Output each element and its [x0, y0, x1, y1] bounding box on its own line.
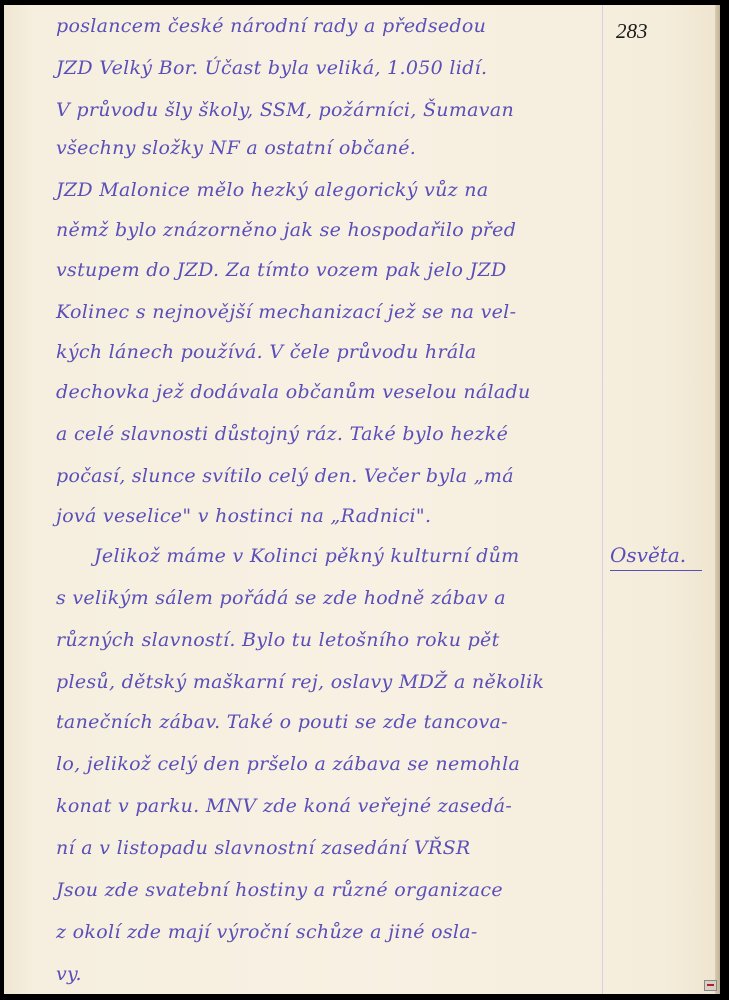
handwritten-line: dechovka jež dodávala občanům veselou ná… — [56, 381, 531, 403]
viewer-corner-icon[interactable] — [704, 980, 717, 991]
handwritten-line: němž bylo znázorněno jak se hospodařilo … — [56, 219, 516, 241]
handwritten-line: a celé slavnosti důstojný ráz. Také bylo… — [56, 423, 508, 445]
handwritten-line: všechny složky NF a ostatní občané. — [56, 137, 416, 159]
handwritten-line: různých slavností. Bylo tu letošního rok… — [56, 629, 500, 651]
margin-note-heading: Osvěta. — [610, 543, 702, 571]
page-edge — [715, 5, 720, 994]
handwritten-line: JZD Velký Bor. Účast byla veliká, 1.050 … — [56, 57, 487, 79]
margin-rule-line — [602, 5, 603, 994]
handwritten-line: JZD Malonice mělo hezký alegorický vůz n… — [56, 179, 488, 201]
handwritten-line: V průvodu šly školy, SSM, požárníci, Šum… — [56, 99, 514, 121]
page-number: 283 — [616, 19, 648, 44]
handwritten-line: ní a v listopadu slavnostní zasedání VŘS… — [56, 837, 471, 859]
handwritten-line: z okolí zde mají výroční schůze a jiné o… — [56, 921, 478, 943]
handwritten-line: lo, jelikož celý den pršelo a zábava se … — [56, 753, 520, 775]
chronicle-page: 283 poslancem české národní rady a předs… — [4, 5, 720, 994]
handwritten-line: vstupem do JZD. Za tímto vozem pak jelo … — [56, 259, 507, 281]
handwritten-line: s velikým sálem pořádá se zde hodně zába… — [56, 587, 506, 609]
handwritten-line: tanečních zábav. Také o pouti se zde tan… — [56, 711, 508, 733]
handwritten-line: Kolinec s nejnovější mechanizací jež se … — [56, 301, 516, 323]
handwritten-line: Jsou zde svatební hostiny a různé organi… — [56, 879, 503, 901]
handwritten-line: konat v parku. MNV zde koná veřejné zase… — [56, 795, 512, 817]
handwritten-line: počasí, slunce svítilo celý den. Večer b… — [56, 465, 514, 487]
handwritten-line: vy. — [56, 963, 82, 985]
handwritten-line: plesů, dětský maškarní rej, oslavy MDŽ a… — [56, 671, 544, 693]
handwritten-line: poslancem české národní rady a předsedou — [56, 15, 486, 37]
handwritten-line: kých lánech používá. V čele průvodu hrál… — [56, 341, 476, 363]
handwritten-line: Jelikož máme v Kolinci pěkný kulturní dů… — [94, 545, 520, 567]
handwritten-line: jová veselice" v hostinci na „Radnici". — [56, 505, 431, 527]
